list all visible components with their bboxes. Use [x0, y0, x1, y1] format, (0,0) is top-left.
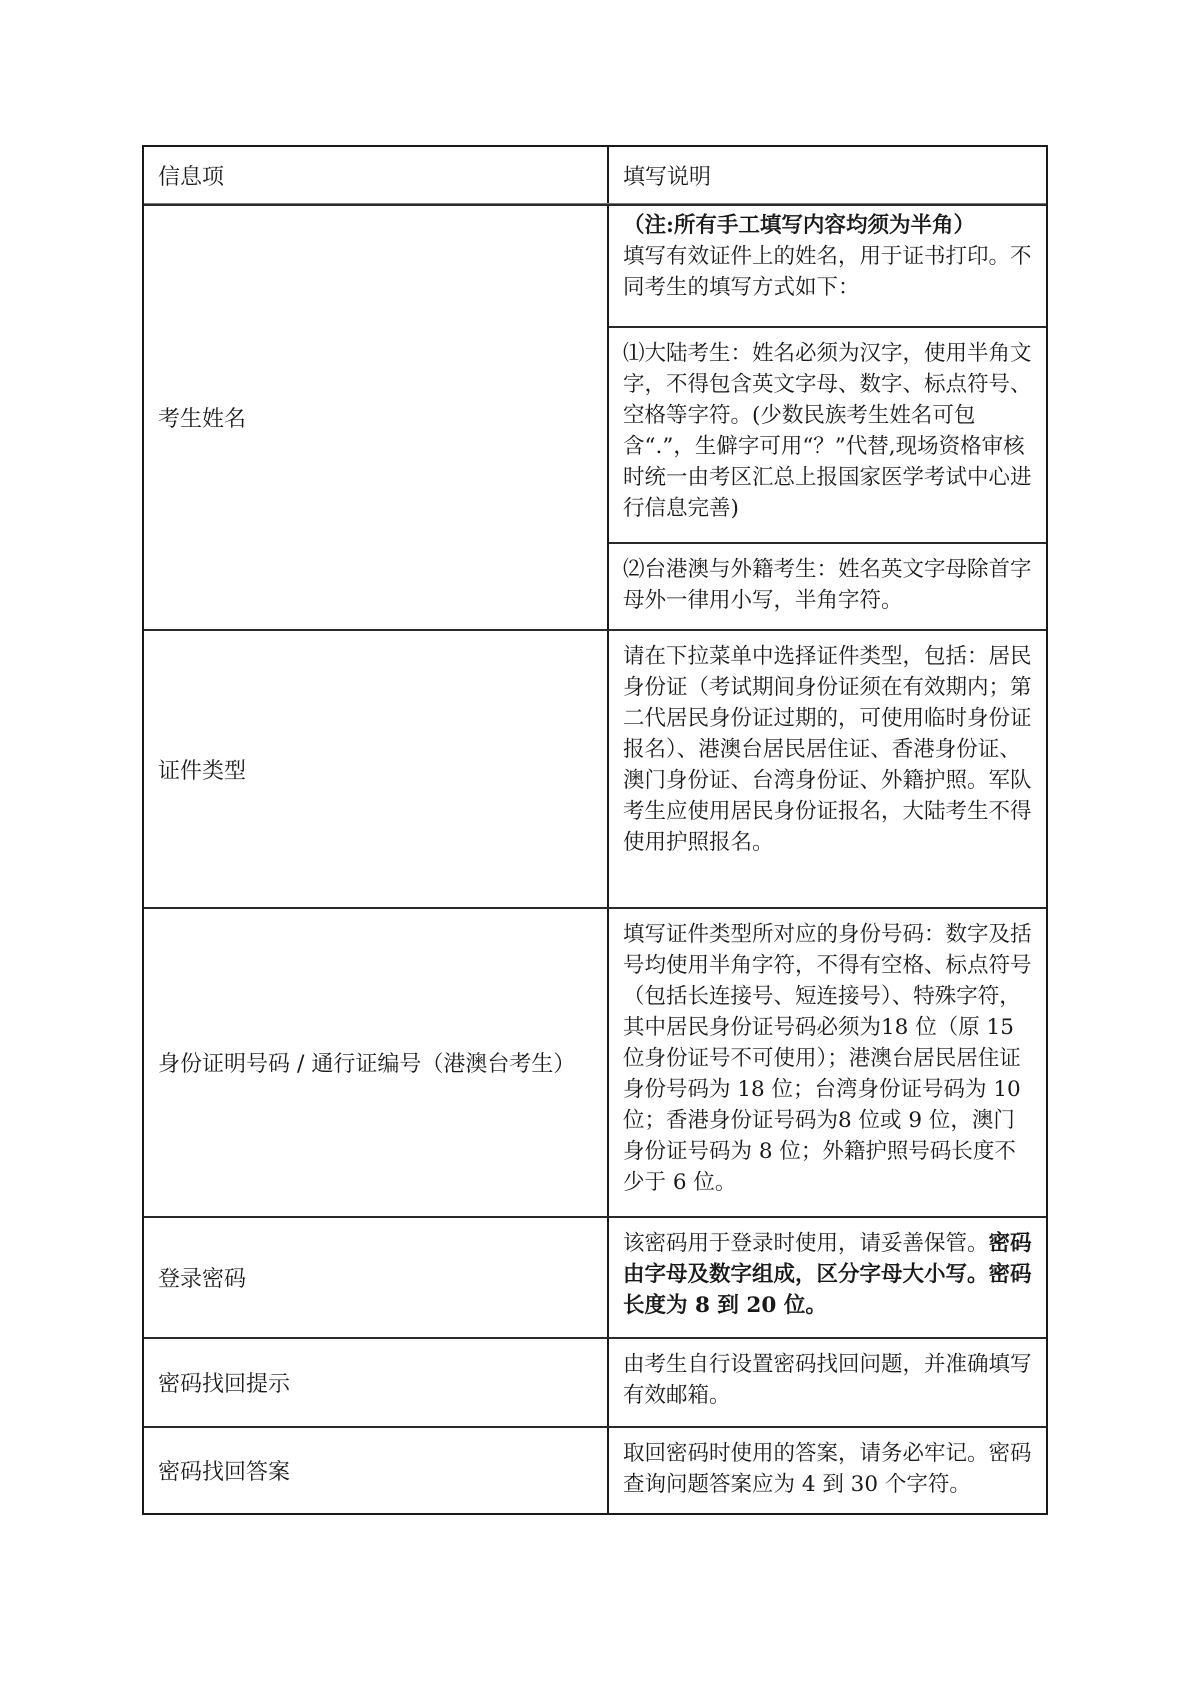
- name-note-cell: （注:所有手工填写内容均须为半角） 填写有效证件上的姓名，用于证书打印。不同考生…: [609, 206, 1046, 326]
- header-instruction-label: 填写说明: [623, 160, 711, 191]
- row-label: 证件类型: [144, 631, 609, 907]
- row-label: 密码找回提示: [144, 1339, 609, 1426]
- foreign-candidate-instruction: ⑵台港澳与外籍考生：姓名英文字母除首字母外一律用小写，半角字符。: [623, 554, 1032, 616]
- table-header-row: 信息项 填写说明: [144, 147, 1046, 204]
- row-instructions: 由考生自行设置密码找回问题，并准确填写有效邮箱。: [609, 1339, 1046, 1426]
- row-instructions: 请在下拉菜单中选择证件类型，包括：居民身份证（考试期间身份证须在有效期内；第二代…: [609, 631, 1046, 907]
- header-instruction: 填写说明: [609, 147, 1046, 203]
- row-label: 密码找回答案: [144, 1428, 609, 1513]
- half-width-note: （注:所有手工填写内容均须为半角）: [623, 210, 1032, 241]
- row-label: 考生姓名: [144, 206, 609, 629]
- row-instructions: （注:所有手工填写内容均须为半角） 填写有效证件上的姓名，用于证书打印。不同考生…: [609, 206, 1046, 629]
- table-row-password-hint: 密码找回提示 由考生自行设置密码找回问题，并准确填写有效邮箱。: [144, 1337, 1046, 1426]
- foreign-candidate-cell: ⑵台港澳与外籍考生：姓名英文字母除首字母外一律用小写，半角字符。: [609, 542, 1046, 631]
- table-row-id-type: 证件类型 请在下拉菜单中选择证件类型，包括：居民身份证（考试期间身份证须在有效期…: [144, 629, 1046, 907]
- name-general-instruction: 填写有效证件上的姓名，用于证书打印。不同考生的填写方式如下：: [623, 241, 1032, 303]
- table-row-candidate-name: 考生姓名 （注:所有手工填写内容均须为半角） 填写有效证件上的姓名，用于证书打印…: [144, 204, 1046, 629]
- registration-info-table: 信息项 填写说明 考生姓名 （注:所有手工填写内容均须为半角） 填写有效证件上的…: [142, 145, 1048, 1515]
- table-row-login-password: 登录密码 该密码用于登录时使用，请妥善保管。密码由字母及数字组成，区分字母大小写…: [144, 1216, 1046, 1337]
- row-label: 登录密码: [144, 1218, 609, 1337]
- table-row-password-answer: 密码找回答案 取回密码时使用的答案，请务必牢记。密码查询问题答案应为 4 到 3…: [144, 1426, 1046, 1513]
- row-label: 身份证明号码 / 通行证编号（港澳台考生）: [144, 909, 609, 1216]
- header-info-item: 信息项: [144, 147, 609, 203]
- mainland-candidate-instruction: ⑴大陆考生：姓名必须为汉字，使用半角文字，不得包含英文字母、数字、标点符号、空格…: [623, 338, 1032, 524]
- row-instructions: 取回密码时使用的答案，请务必牢记。密码查询问题答案应为 4 到 30 个字符。: [609, 1428, 1046, 1513]
- table-row-id-number: 身份证明号码 / 通行证编号（港澳台考生） 填写证件类型所对应的身份号码：数字及…: [144, 907, 1046, 1216]
- password-instruction: 该密码用于登录时使用，请妥善保管。: [623, 1231, 989, 1256]
- row-instructions: 填写证件类型所对应的身份号码：数字及括号均使用半角字符，不得有空格、标点符号（包…: [609, 909, 1046, 1216]
- row-instructions: 该密码用于登录时使用，请妥善保管。密码由字母及数字组成，区分字母大小写。密码长度…: [609, 1218, 1046, 1337]
- mainland-candidate-cell: ⑴大陆考生：姓名必须为汉字，使用半角文字，不得包含英文字母、数字、标点符号、空格…: [609, 326, 1046, 542]
- header-info-item-label: 信息项: [158, 160, 224, 191]
